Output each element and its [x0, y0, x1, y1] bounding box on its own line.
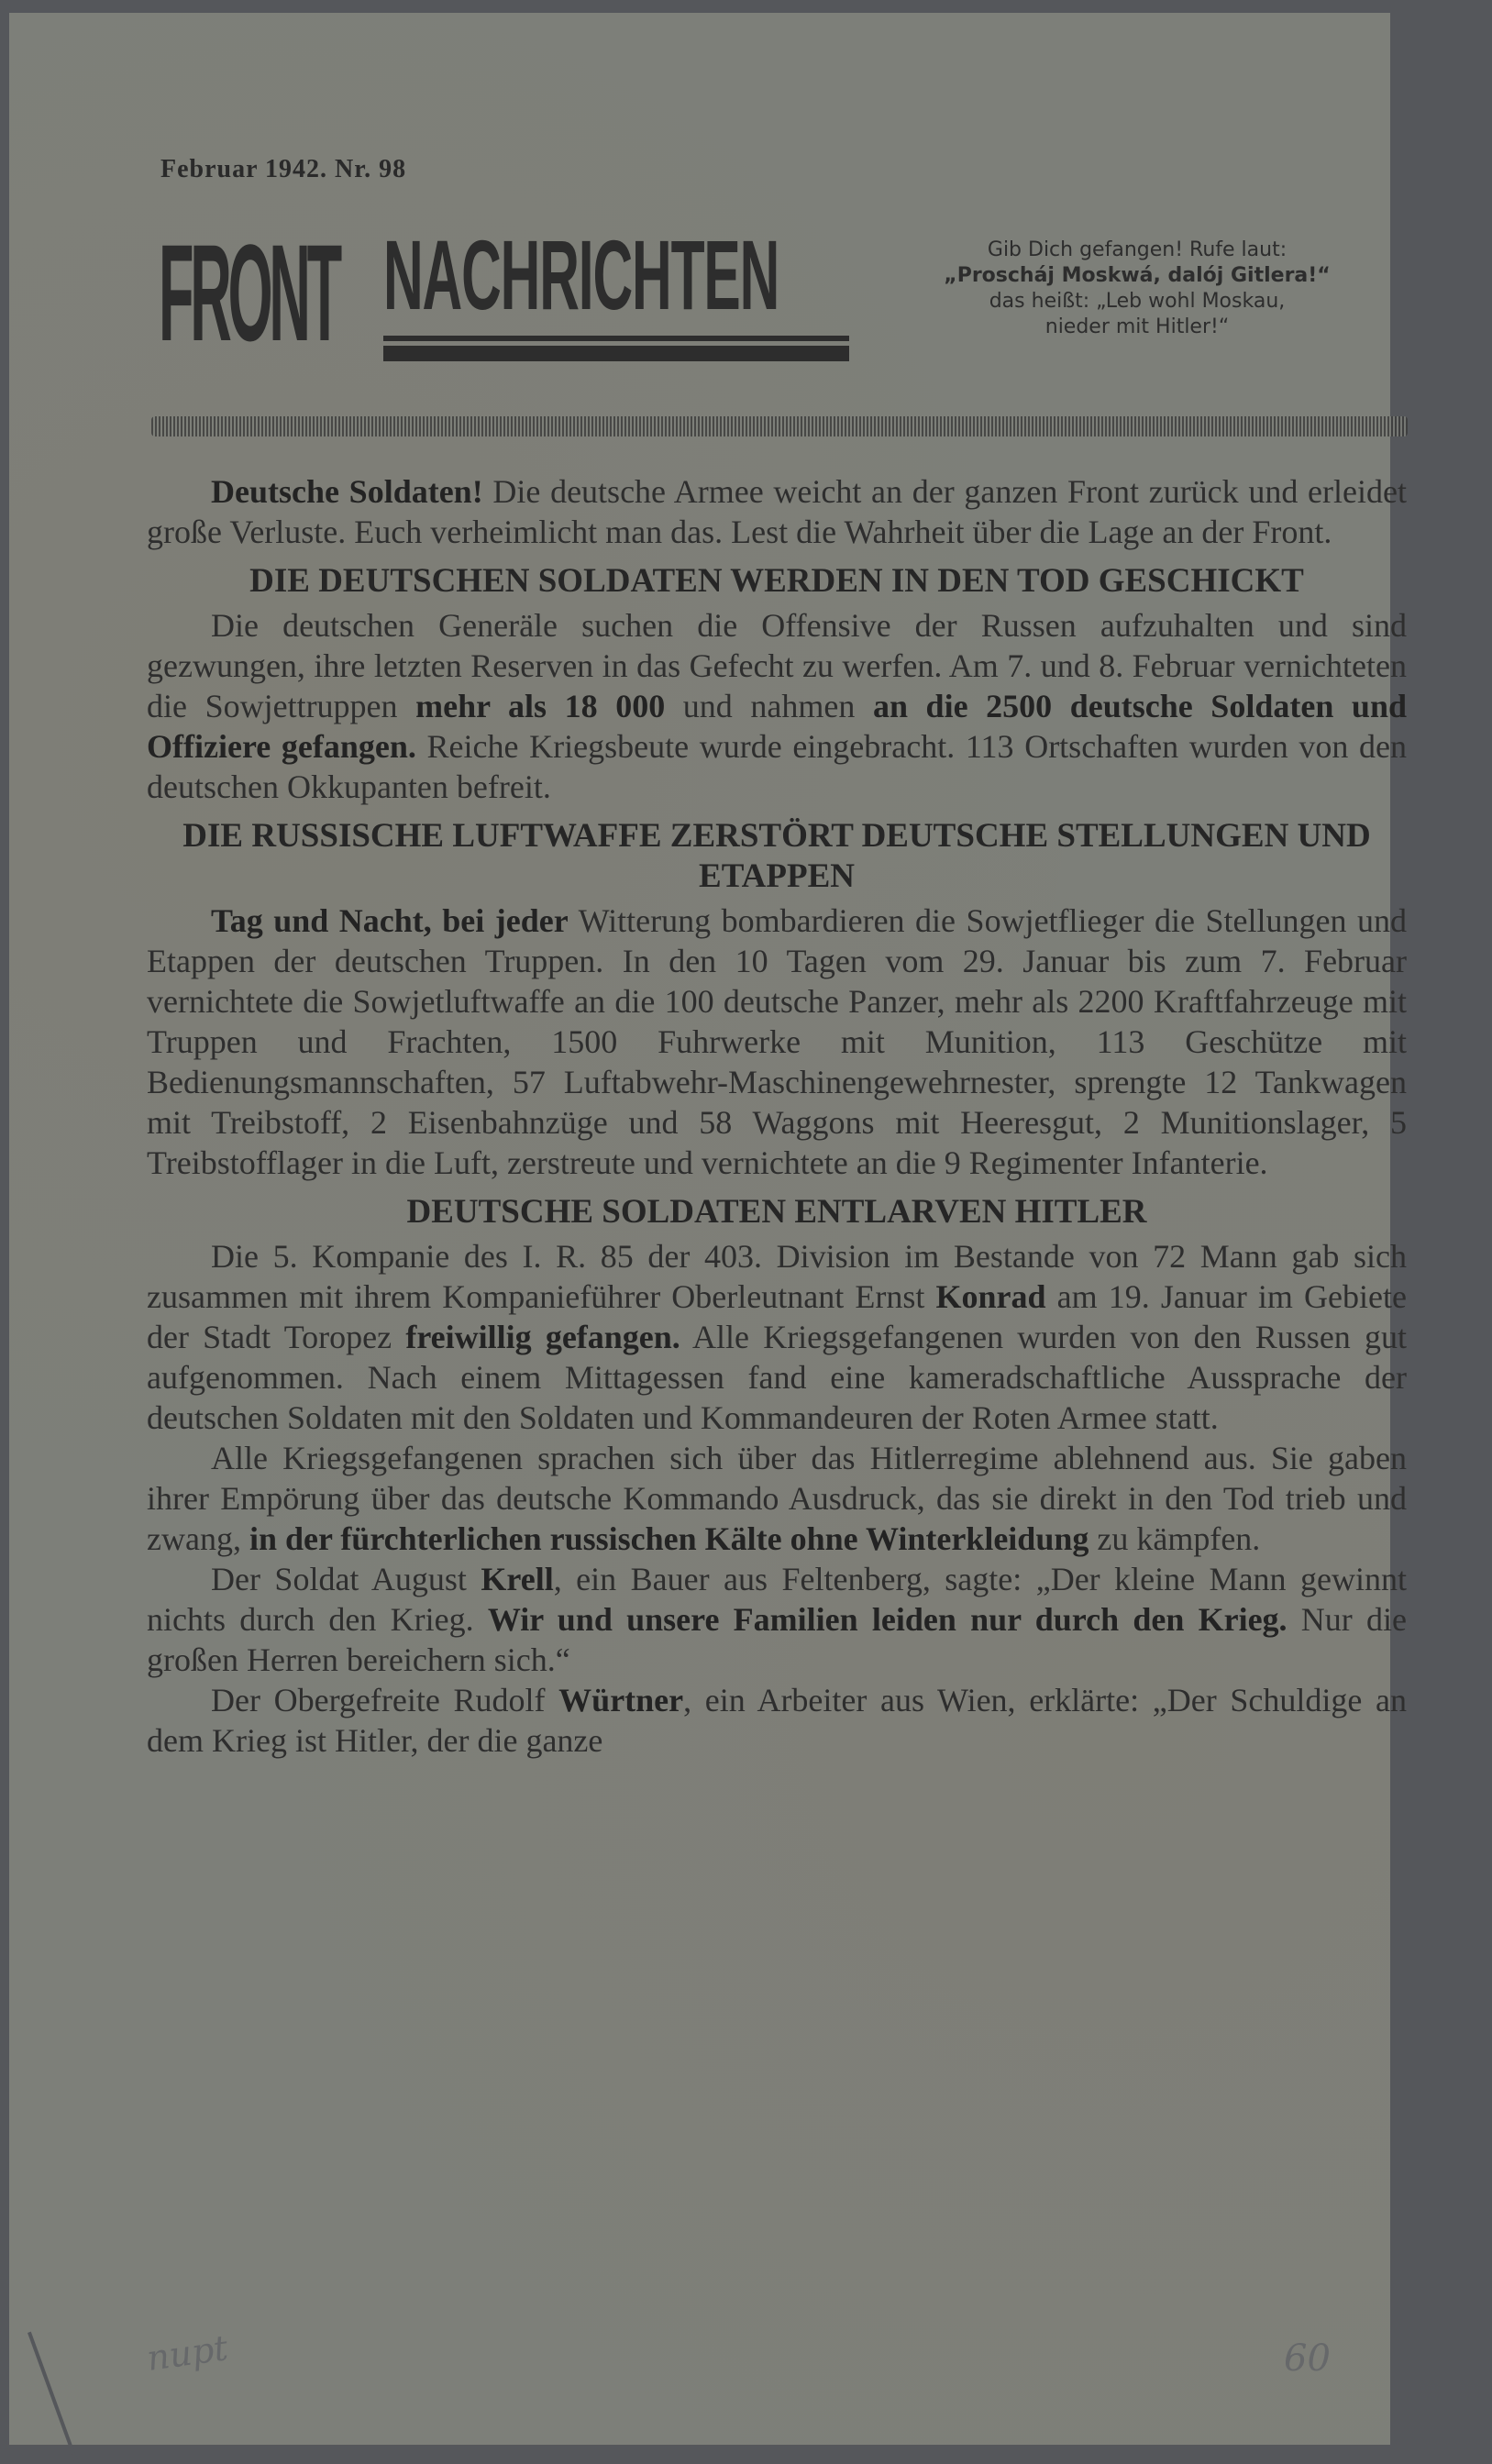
article-body: Deutsche Soldaten! Die deutsche Armee we… [147, 471, 1407, 1761]
masthead: FRONT NACHRICHTEN [159, 224, 856, 370]
section-3-paragraph-3: Der Soldat August Krell, ein Bauer aus F… [147, 1559, 1407, 1680]
masthead-front: FRONT [159, 224, 338, 361]
dateline: Februar 1942. Nr. 98 [160, 155, 406, 184]
slogan-line-2: „Proscháj Moskwá, dalój Gitlera!“ [903, 263, 1371, 289]
masthead-nachrichten: NACHRICHTEN [383, 226, 779, 325]
torn-corner-fold [28, 2332, 81, 2464]
section-3-paragraph-2: Alle Kriegsgefangenen sprachen sich über… [147, 1438, 1407, 1559]
section-3-paragraph-1: Die 5. Kompanie des I. R. 85 der 403. Di… [147, 1236, 1407, 1438]
leaflet-page: Februar 1942. Nr. 98 FRONT NACHRICHTEN G… [9, 13, 1390, 2445]
slogan-line-1: Gib Dich gefangen! Rufe laut: [903, 238, 1371, 263]
section-heading-1: Die deutschen Soldaten werden in den Tod… [147, 561, 1407, 602]
section-2-paragraph: Tag und Nacht, bei jeder Witterung bomba… [147, 901, 1407, 1183]
masthead-rule-thick [383, 346, 849, 361]
masthead-rule-thin [383, 336, 849, 341]
intro-bold: Deutsche Soldaten! [211, 473, 483, 510]
surrender-slogan: Gib Dich gefangen! Rufe laut: „Proscháj … [903, 238, 1371, 340]
intro-paragraph: Deutsche Soldaten! Die deutsche Armee we… [147, 471, 1407, 552]
slogan-line-4: nieder mit Hitler!“ [903, 315, 1371, 340]
hatched-divider [151, 416, 1408, 436]
section-3-paragraph-4: Der Obergefreite Rudolf Würtner, ein Arb… [147, 1680, 1407, 1761]
pencil-annotation-left: nupt [144, 2327, 230, 2379]
section-heading-2: Die russische Luftwaffe zerstört deutsch… [147, 816, 1407, 897]
pencil-annotation-right: 60 [1284, 2337, 1331, 2380]
section-1-paragraph: Die deutschen Generäle suchen die Offens… [147, 605, 1407, 807]
section-heading-3: Deutsche Soldaten entlarven Hitler [147, 1192, 1407, 1232]
slogan-line-3: das heißt: „Leb wohl Moskau, [903, 289, 1371, 315]
